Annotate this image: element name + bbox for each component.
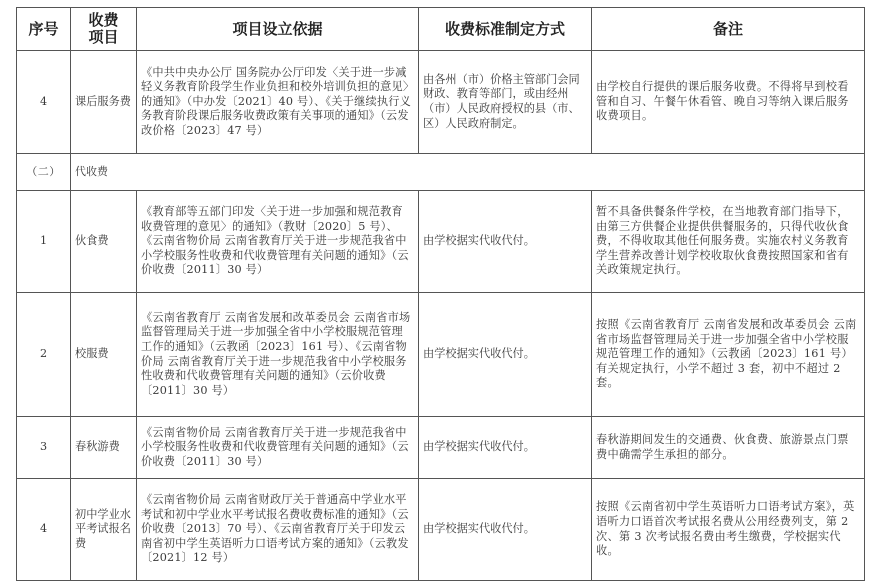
section-title: 代收费 [71, 154, 865, 191]
header-row: 序号 收费 项目 项目设立依据 收费标准制定方式 备注 [17, 8, 865, 51]
table-row: 2 校服费 《云南省教育厅 云南省发展和改革委员会 云南省市场监督管理局关于进一… [17, 293, 865, 417]
row-basis: 《中共中央办公厅 国务院办公厅印发〈关于进一步减轻义务教育阶段学生作业负担和校外… [137, 51, 419, 154]
section-label: （二） [17, 154, 71, 191]
row-index: 4 [17, 51, 71, 154]
fee-table: 序号 收费 项目 项目设立依据 收费标准制定方式 备注 4 课后服务费 《中共中… [16, 7, 865, 581]
row-fee-name: 初中学业水平考试报名费 [71, 479, 137, 581]
row-note: 春秋游期间发生的交通费、伙食费、旅游景点门票费中确需学生承担的部分。 [592, 417, 865, 479]
row-fee-name: 春秋游费 [71, 417, 137, 479]
row-method: 由学校据实代收代付。 [419, 417, 592, 479]
table-row: 4 初中学业水平考试报名费 《云南省物价局 云南省财政厅关于普通高中学业水平考试… [17, 479, 865, 581]
row-fee-name: 伙食费 [71, 191, 137, 293]
row-basis: 《教育部等五部门印发〈关于进一步加强和规范教育收费管理的意见〉的通知》（教财〔2… [137, 191, 419, 293]
row-index: 1 [17, 191, 71, 293]
row-method: 由学校据实代收代付。 [419, 293, 592, 417]
row-basis: 《云南省物价局 云南省财政厅关于普通高中学业水平考试和初中学业水平考试报名费收费… [137, 479, 419, 581]
section-row: （二） 代收费 [17, 154, 865, 191]
row-method: 由学校据实代收代付。 [419, 479, 592, 581]
header-basis: 项目设立依据 [137, 8, 419, 51]
header-fee-item: 收费 项目 [71, 8, 137, 51]
row-method: 由学校据实代收代付。 [419, 191, 592, 293]
row-note: 暂不具备供餐条件学校，在当地教育部门指导下，由第三方供餐企业提供供餐服务的，只得… [592, 191, 865, 293]
table-row: 3 春秋游费 《云南省物价局 云南省教育厅关于进一步规范我省中小学校服务性收费和… [17, 417, 865, 479]
row-note: 按照《云南省初中学生英语听力口语考试方案》，英语听力口语首次考试报名费从公用经费… [592, 479, 865, 581]
table-row: 1 伙食费 《教育部等五部门印发〈关于进一步加强和规范教育收费管理的意见〉的通知… [17, 191, 865, 293]
row-method: 由各州（市）价格主管部门会同财政、教育等部门，或由经州（市）人民政府授权的县（市… [419, 51, 592, 154]
row-note: 由学校自行提供的课后服务收费。不得将早到校看管和自习、午餐午休看管、晚自习等纳入… [592, 51, 865, 154]
header-method: 收费标准制定方式 [419, 8, 592, 51]
row-index: 3 [17, 417, 71, 479]
row-fee-name: 校服费 [71, 293, 137, 417]
row-basis: 《云南省物价局 云南省教育厅关于进一步规范我省中小学校服务性收费和代收费管理有关… [137, 417, 419, 479]
row-basis: 《云南省教育厅 云南省发展和改革委员会 云南省市场监督管理局关于进一步加强全省中… [137, 293, 419, 417]
row-index: 2 [17, 293, 71, 417]
header-note: 备注 [592, 8, 865, 51]
row-fee-name: 课后服务费 [71, 51, 137, 154]
header-fee-item-line2: 项目 [75, 29, 132, 46]
row-note: 按照《云南省教育厅 云南省发展和改革委员会 云南省市场监督管理局关于进一步加强全… [592, 293, 865, 417]
table-row: 4 课后服务费 《中共中央办公厅 国务院办公厅印发〈关于进一步减轻义务教育阶段学… [17, 51, 865, 154]
header-fee-item-line1: 收费 [75, 12, 132, 29]
row-index: 4 [17, 479, 71, 581]
header-index: 序号 [17, 8, 71, 51]
